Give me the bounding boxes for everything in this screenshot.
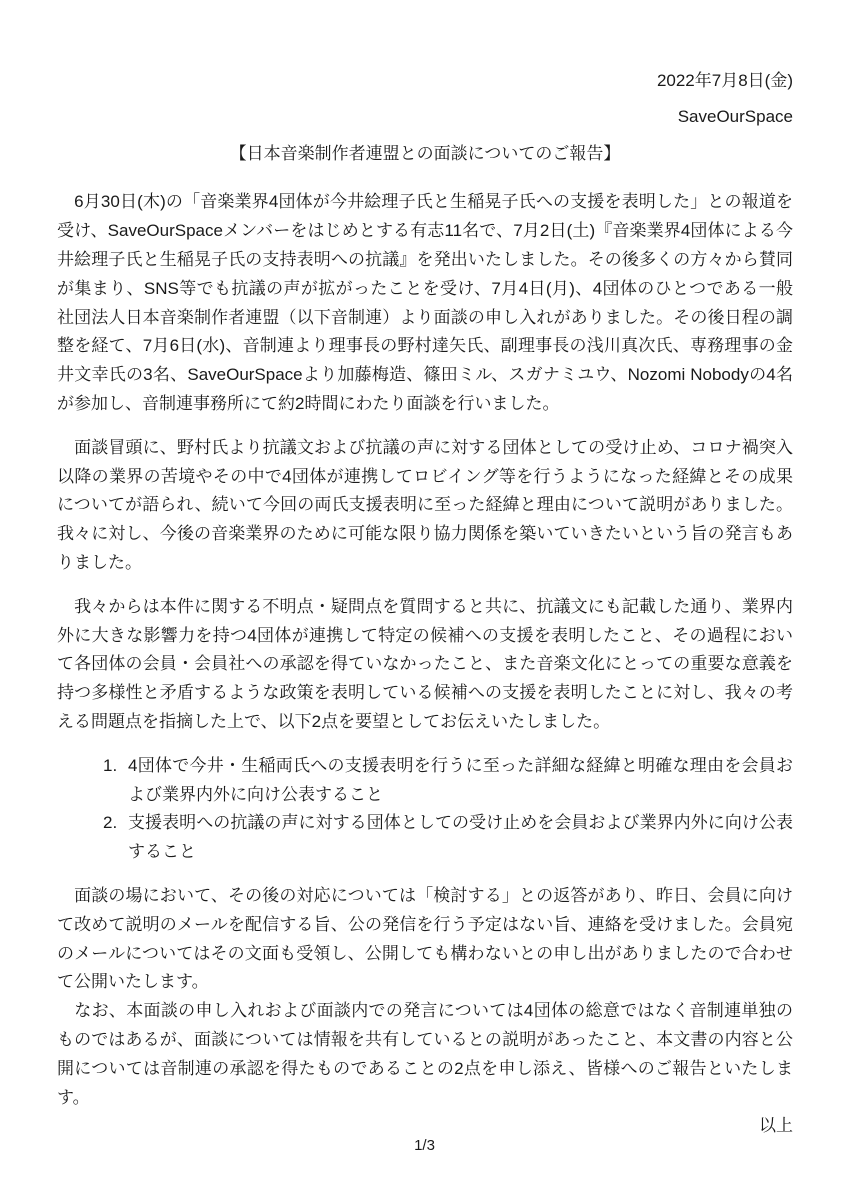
list-item: 2. 支援表明への抗議の声に対する団体としての受け止めを会員および業界内外に向け… xyxy=(57,809,793,867)
paragraph-4: 面談の場において、その後の対応については「検討する」との返答があり、昨日、会員に… xyxy=(57,882,793,997)
list-item-number: 1. xyxy=(103,752,117,781)
list-item: 1. 4団体で今井・生稲両氏への支援表明を行うに至った詳細な経緯と明確な理由を会… xyxy=(57,752,793,810)
paragraph-3: 我々からは本件に関する不明点・疑問点を質問すると共に、抗議文にも記載した通り、業… xyxy=(57,593,793,737)
list-item-text: 4団体で今井・生稲両氏への支援表明を行うに至った詳細な経緯と明確な理由を会員およ… xyxy=(128,756,793,804)
paragraph-5: なお、本面談の申し入れおよび面談内での発言については4団体の総意ではなく音制連単… xyxy=(57,997,793,1112)
document-date: 2022年7月8日(金) xyxy=(57,67,793,96)
document-author: SaveOurSpace xyxy=(57,103,793,132)
document-title: 【日本音楽制作者連盟との面談についてのご報告】 xyxy=(57,140,793,169)
paragraph-2: 面談冒頭に、野村氏より抗議文および抗議の声に対する団体としての受け止め、コロナ禍… xyxy=(57,434,793,578)
request-list: 1. 4団体で今井・生稲両氏への支援表明を行うに至った詳細な経緯と明確な理由を会… xyxy=(57,752,793,867)
list-item-number: 2. xyxy=(103,809,117,838)
page-number: 1/3 xyxy=(0,1132,849,1161)
document-page: 2022年7月8日(金) SaveOurSpace 【日本音楽制作者連盟との面談… xyxy=(0,0,849,1200)
paragraph-1: 6月30日(木)の「音楽業界4団体が今井絵理子氏と生稲晃子氏への支援を表明した」… xyxy=(57,188,793,418)
list-item-text: 支援表明への抗議の声に対する団体としての受け止めを会員および業界内外に向け公表す… xyxy=(128,813,793,861)
